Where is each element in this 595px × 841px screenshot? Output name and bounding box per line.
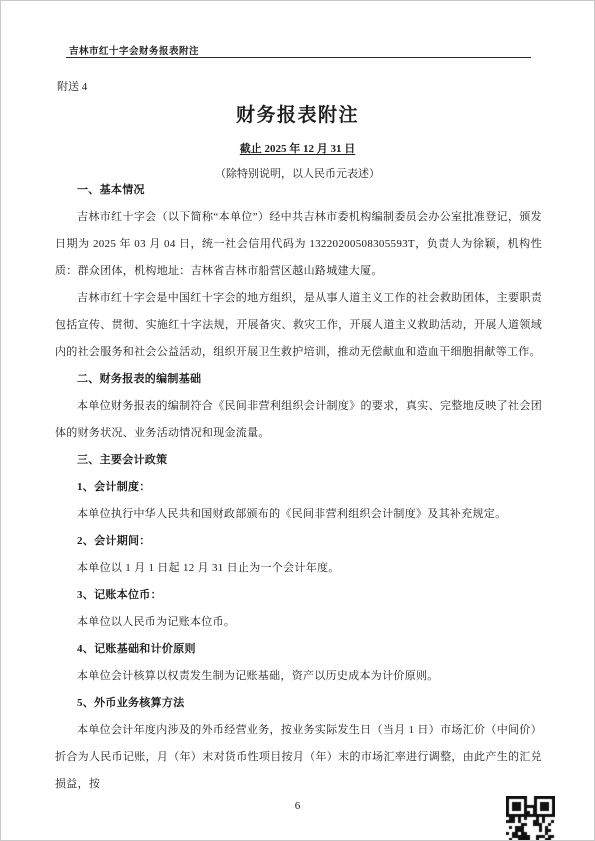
attachment-label: 附送 4 (57, 78, 87, 94)
body-paragraph: 本单位财务报表的编制符合《民间非营利组织会计制度》的要求，真实、完整地反映了社会… (55, 393, 542, 447)
body-paragraph: 本单位以 1 月 1 日起 12 月 31 日止为一个会计年度。 (55, 555, 542, 582)
section-heading: 二、财务报表的编制基础 (55, 366, 542, 393)
subsection-heading: 3、记账本位币： (55, 582, 542, 609)
body-paragraph: 本单位会计年度内涉及的外币经营业务，按业务实际发生日（当月 1 日）市场汇价（中… (55, 717, 542, 798)
as-of-date: 截止 2025 年 12 月 31 日 (1, 140, 594, 156)
document-body: 一、基本情况 吉林市红十字会（以下简称“本单位”）经中共吉林市委机构编制委员会办… (55, 177, 542, 798)
qr-code-image (506, 796, 555, 841)
page-title: 财务报表附注 (1, 100, 594, 127)
qr-code (506, 796, 555, 841)
document-page: 吉林市红十字会财务报表附注 附送 4 财务报表附注 截止 2025 年 12 月… (0, 0, 595, 841)
body-paragraph: 吉林市红十字会（以下简称“本单位”）经中共吉林市委机构编制委员会办公室批准登记，… (55, 204, 542, 285)
subsection-heading: 2、会计期间： (55, 528, 542, 555)
subsection-heading: 1、会计制度： (55, 474, 542, 501)
section-heading: 三、主要会计政策 (55, 447, 542, 474)
header-rule (66, 57, 531, 58)
body-paragraph: 吉林市红十字会是中国红十字会的地方组织，是从事人道主义工作的社会救助团体，主要职… (55, 285, 542, 366)
body-paragraph: 本单位执行中华人民共和国财政部颁布的《民间非营利组织会计制度》及其补充规定。 (55, 501, 542, 528)
section-heading: 一、基本情况 (55, 177, 542, 204)
subsection-heading: 5、外币业务核算方法 (55, 690, 542, 717)
running-header: 吉林市红十字会财务报表附注 (69, 43, 199, 57)
body-paragraph: 本单位会计核算以权责发生制为记账基础，资产以历史成本为计价原则。 (55, 663, 542, 690)
subsection-heading: 4、记账基础和计价原则 (55, 636, 542, 663)
title-block: 财务报表附注 截止 2025 年 12 月 31 日 （除特别说明，以人民币元表… (1, 100, 594, 181)
body-paragraph: 本单位以人民币为记账本位币。 (55, 609, 542, 636)
